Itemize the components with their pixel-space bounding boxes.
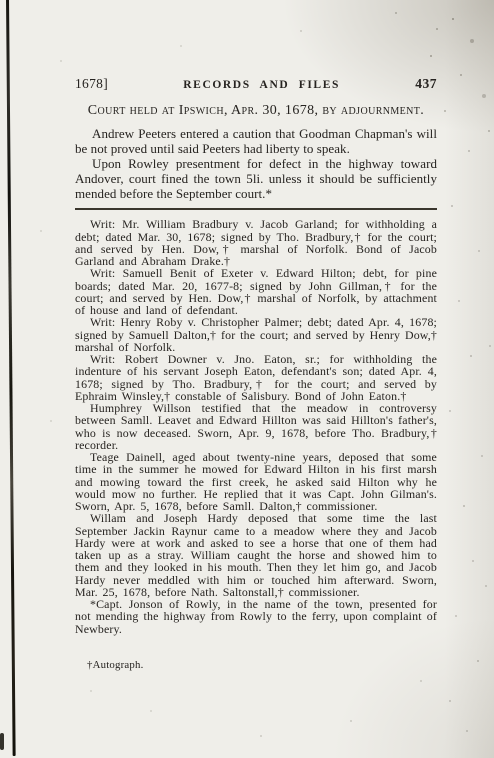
record-entry: Writ: Robert Downer v. Jno. Eaton, sr.; …: [75, 353, 437, 402]
record-entry: Writ: Mr. William Bradbury v. Jacob Garl…: [75, 218, 437, 267]
footnote: †Autograph.: [75, 659, 437, 671]
book-title: RECORDS AND FILES: [183, 78, 340, 93]
record-entry: Teage Dainell, aged about twenty-nine ye…: [75, 451, 437, 512]
record-entry: Humphrey Willson testified that the mead…: [75, 402, 437, 451]
page-number: 437: [415, 76, 437, 91]
intro-paragraph: Andrew Peeters entered a caution that Go…: [75, 126, 437, 156]
record-entry: Willam and Joseph Hardy deposed that som…: [75, 512, 437, 598]
record-entry: *Capt. Jonson of Rowly, in the name of t…: [75, 598, 437, 635]
record-entry: Writ: Henry Roby v. Christopher Palmer; …: [75, 316, 437, 353]
left-binding-line: [6, 0, 16, 756]
record-entries: Writ: Mr. William Bradbury v. Jacob Garl…: [75, 218, 437, 635]
book-page-scan: 1678] RECORDS AND FILES 437 Court held a…: [0, 0, 494, 758]
header-year: 1678]: [75, 76, 108, 91]
session-heading: Court held at Ipswich, Apr. 30, 1678, by…: [75, 103, 437, 119]
record-entry: Writ: Samuell Benit of Exeter v. Edward …: [75, 267, 437, 316]
intro-section: Andrew Peeters entered a caution that Go…: [75, 126, 437, 201]
intro-paragraph: Upon Rowley presentment for defect in th…: [75, 156, 437, 201]
page-content: 1678] RECORDS AND FILES 437 Court held a…: [75, 76, 437, 671]
running-header: 1678] RECORDS AND FILES 437: [75, 76, 437, 93]
section-divider-rule: [75, 208, 437, 210]
scan-noise-speckles: [0, 0, 2, 2]
binding-ink-mark: [0, 733, 4, 750]
